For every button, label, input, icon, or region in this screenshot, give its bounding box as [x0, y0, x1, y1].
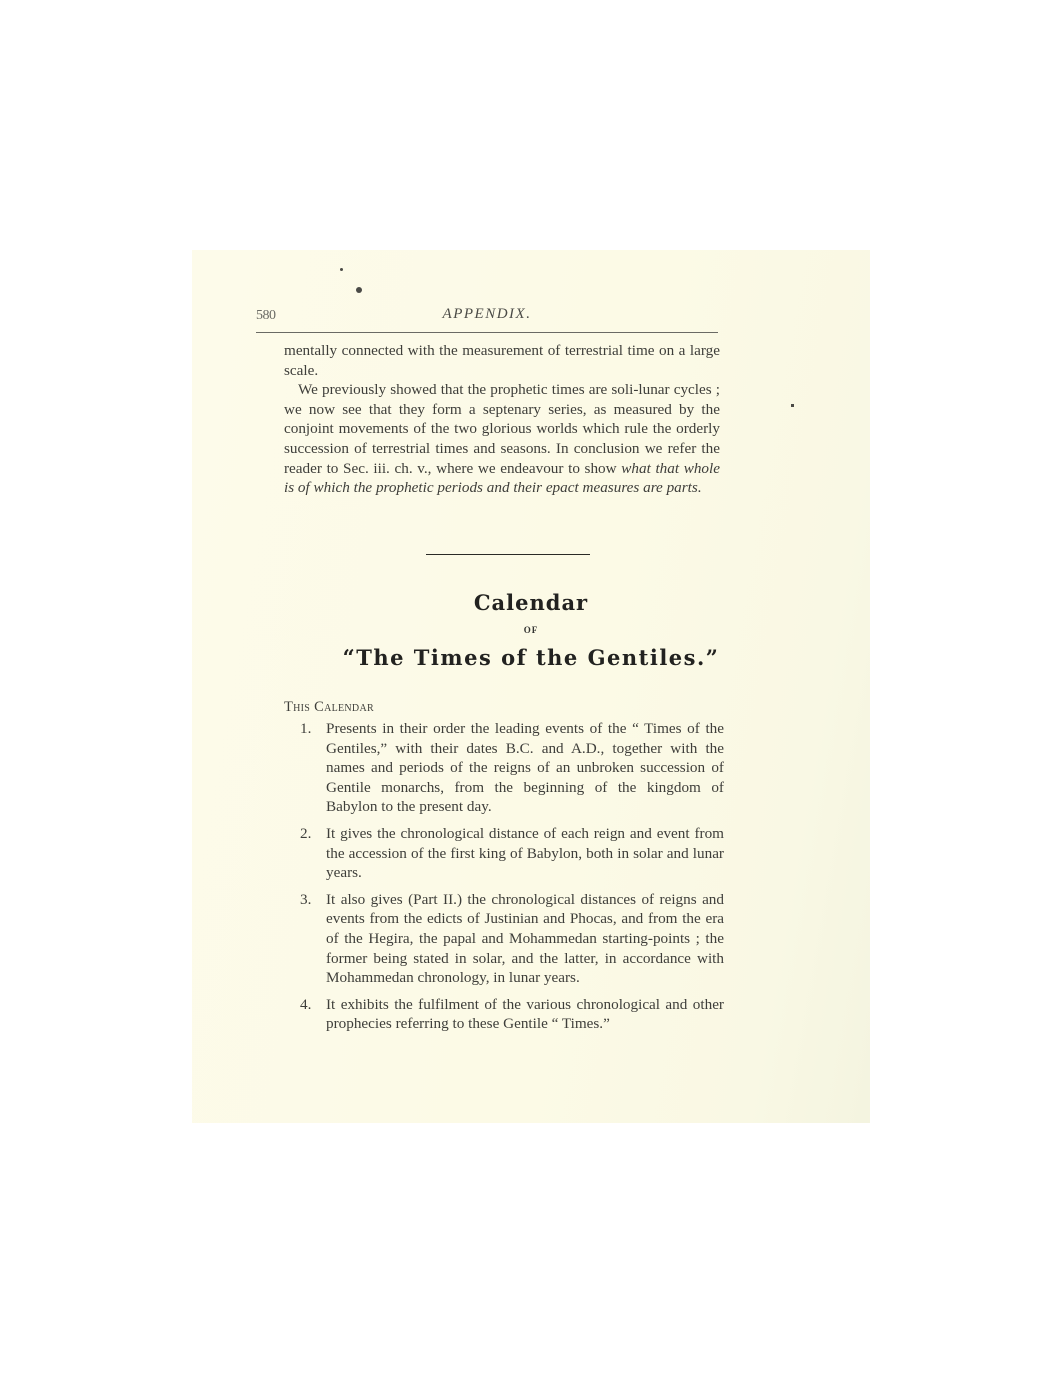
- calendar-title: Calendar: [192, 590, 870, 615]
- section-divider: [426, 554, 590, 555]
- running-title: APPENDIX.: [256, 306, 718, 323]
- body-text: mentally connected with the measurement …: [284, 341, 720, 498]
- header-rule: [256, 332, 718, 333]
- ink-speck: [356, 287, 362, 293]
- list-item-number: 2.: [300, 824, 311, 844]
- calendar-list: 1. Presents in their order the leading e…: [300, 719, 724, 1041]
- calendar-of: OF: [192, 625, 870, 635]
- list-item-number: 4.: [300, 995, 311, 1015]
- list-item-number: 1.: [300, 719, 311, 739]
- list-item: 1. Presents in their order the leading e…: [300, 719, 724, 817]
- list-item: 2. It gives the chronological distance o…: [300, 824, 724, 883]
- list-item-text: It gives the chronological distance of e…: [316, 824, 724, 883]
- paragraph-continuation: mentally connected with the measurement …: [284, 341, 720, 380]
- list-item-text: Presents in their order the leading even…: [316, 719, 724, 817]
- running-head: 580 APPENDIX.: [256, 306, 718, 328]
- list-item: 3. It also gives (Part II.) the chronolo…: [300, 890, 724, 988]
- list-item-text: It exhibits the fulfilment of the variou…: [316, 995, 724, 1034]
- list-item-number: 3.: [300, 890, 311, 910]
- ink-speck: [791, 404, 794, 407]
- list-item: 4. It exhibits the fulfilment of the var…: [300, 995, 724, 1034]
- scanned-page: 580 APPENDIX. mentally connected with th…: [192, 250, 870, 1123]
- list-item-text: It also gives (Part II.) the chronologic…: [316, 890, 724, 988]
- calendar-subtitle: “The Times of the Gentiles.”: [192, 645, 870, 670]
- ink-speck: [340, 268, 343, 271]
- calendar-intro: This Calendar: [284, 699, 374, 716]
- paragraph-conclusion: We previously showed that the prophetic …: [284, 380, 720, 498]
